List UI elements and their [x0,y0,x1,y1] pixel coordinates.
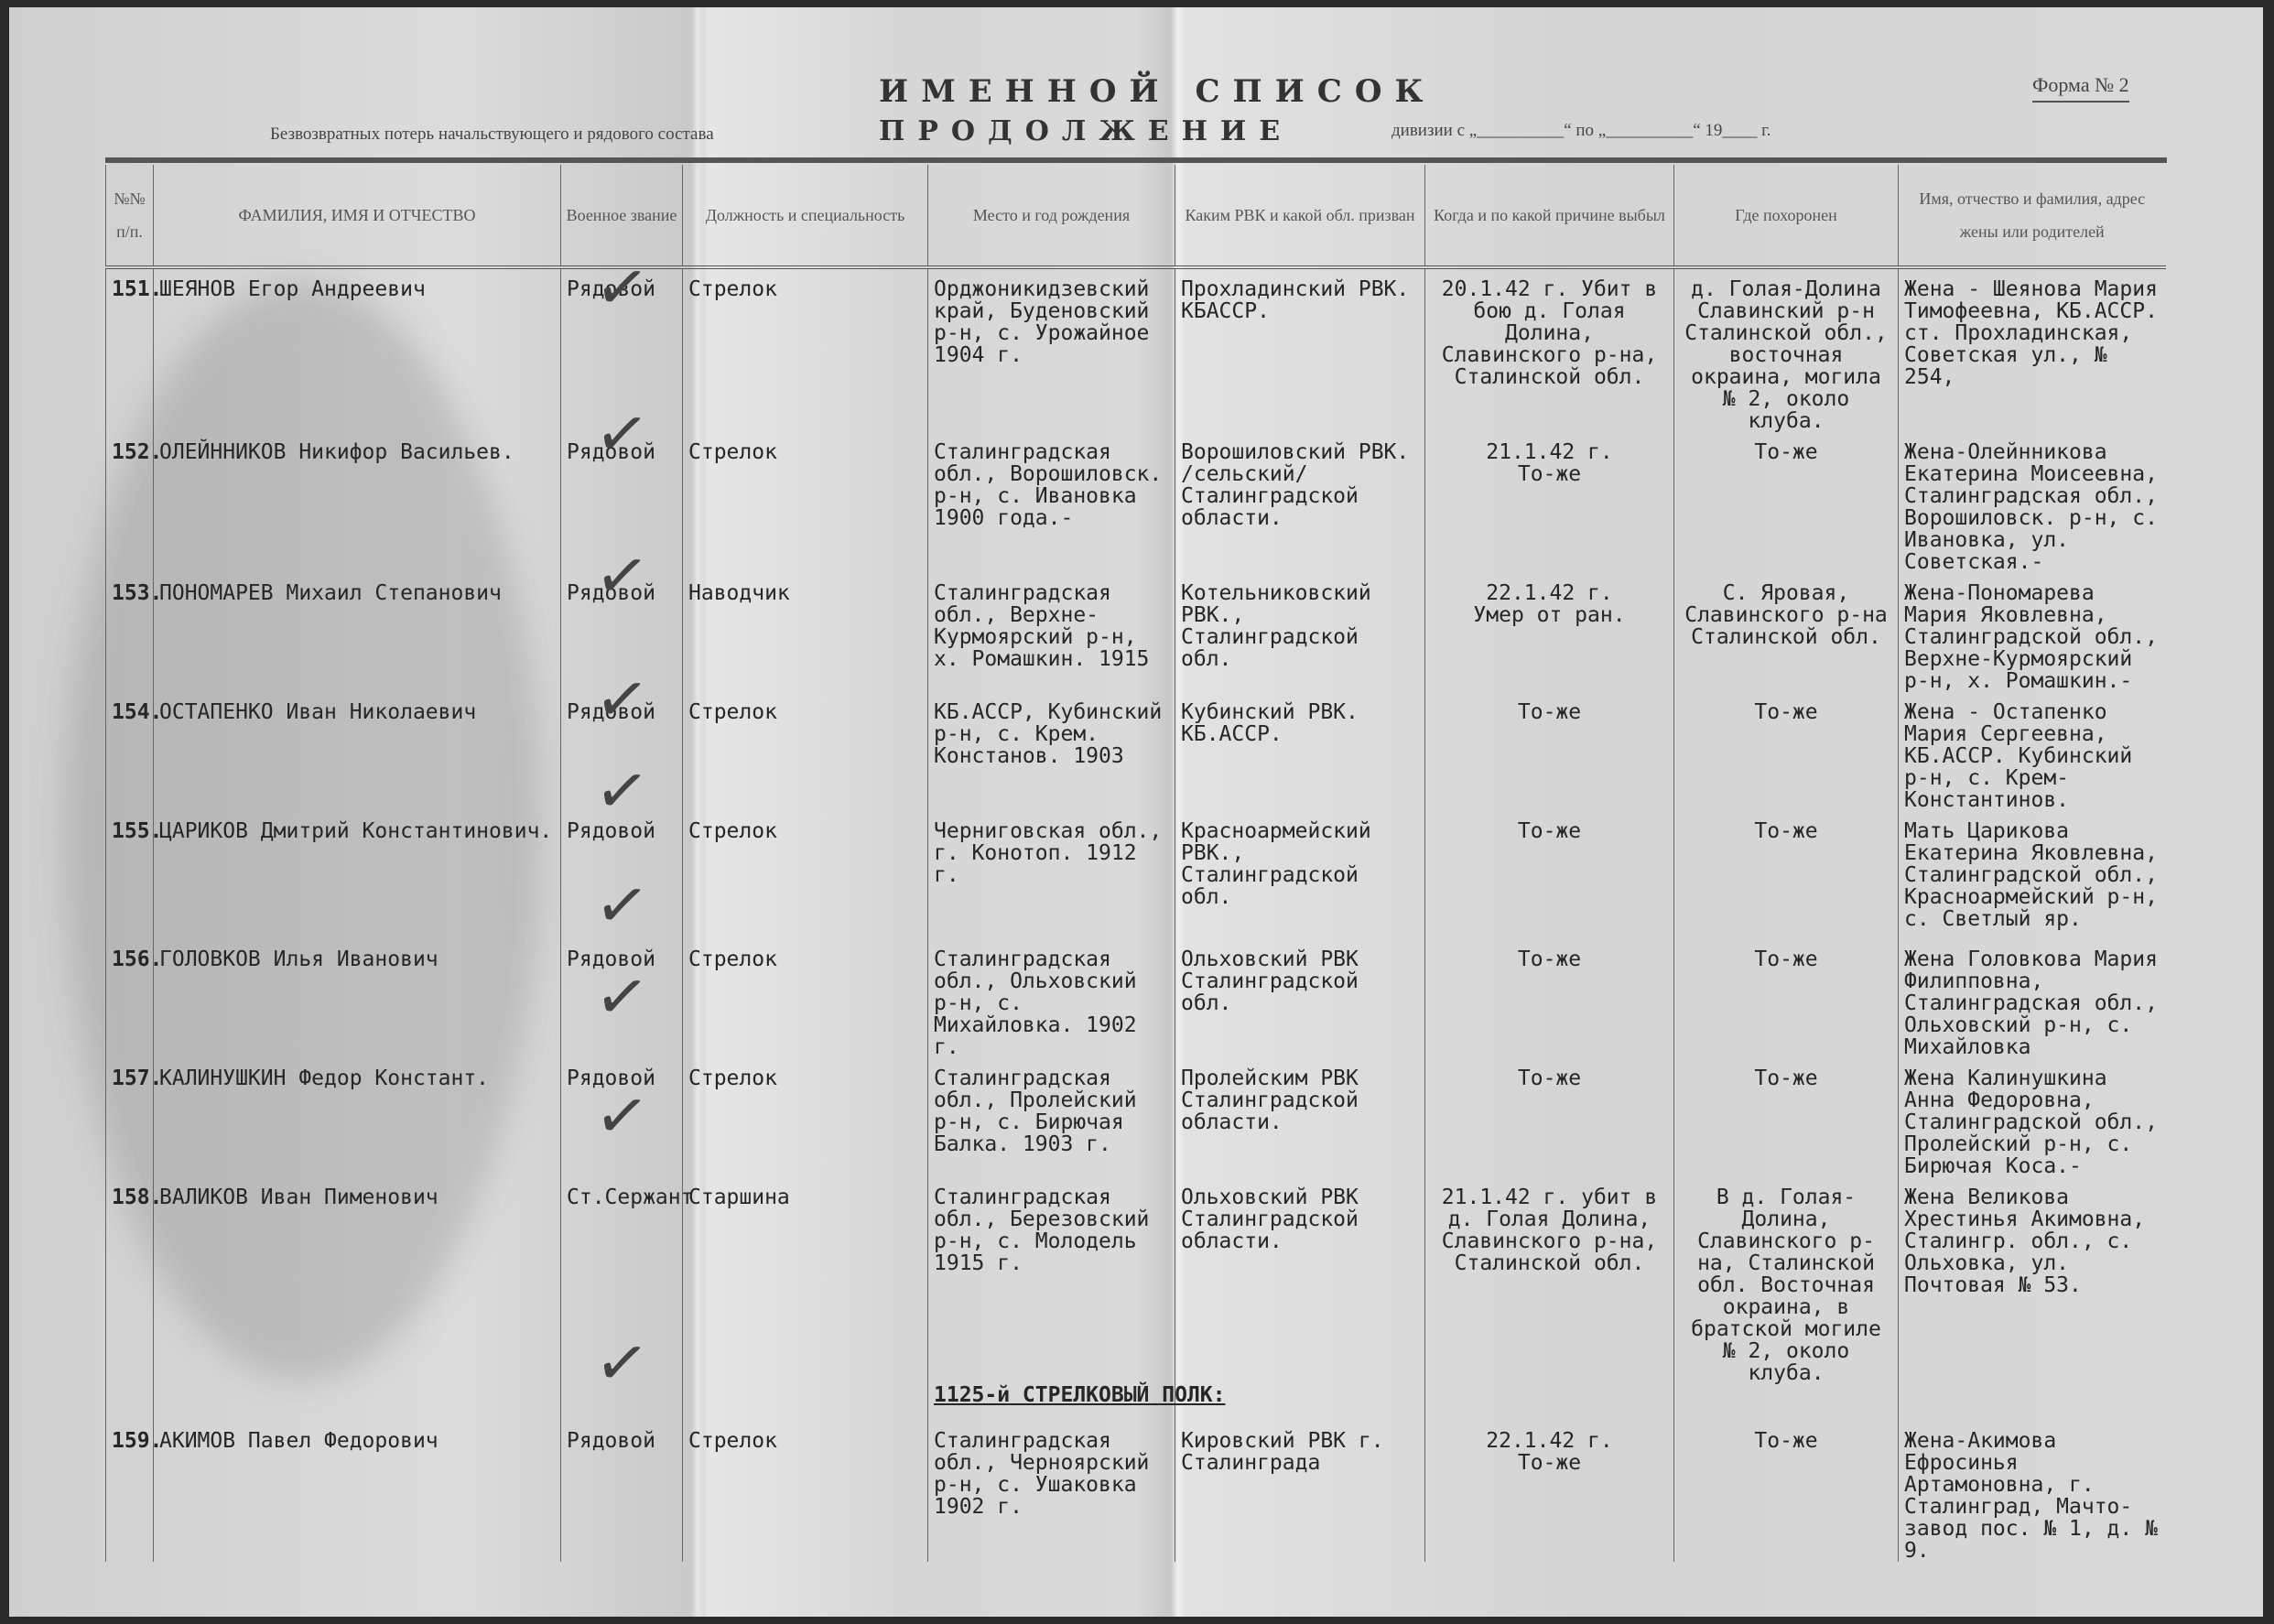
table-cell [683,1384,928,1421]
cell-name: АКИМОВ Павел Федорович [154,1421,561,1562]
table-row: 157.КАЛИНУШКИН Федор Констант.РядовойСтр… [106,1058,2166,1177]
table-row: 152.ОЛЕЙННИКОВ Никифор Васильев.РядовойС… [106,432,2166,573]
cell-relatives: Жена Великова Хрестинья Акимовна, Сталин… [1899,1177,2166,1384]
cell-when: То-же [1425,811,1674,939]
cell-when: То-же [1425,939,1674,1058]
handwritten-check-icon: ✓ [590,956,654,1037]
cell-buried: То-же [1674,1058,1899,1177]
handwritten-check-icon: ✓ [590,393,654,474]
cell-birth: Орджоникидзевский край, Буденовский р-н,… [928,267,1175,432]
cell-buried: То-же [1674,1421,1899,1562]
cell-no: 152. [106,432,154,573]
cell-when: 21.1.42 г. То-же [1425,432,1674,573]
cell-no: 156. [106,939,154,1058]
col-buried: Где похоронен [1674,165,1899,267]
table-cell [1899,1384,2166,1421]
cell-birth: Сталинградская обл., Ольховский р-н, с. … [928,939,1175,1058]
cell-rvk: Пролейским РВК Сталинградской области. [1175,1058,1425,1177]
cell-name: ВАЛИКОВ Иван Пименович [154,1177,561,1384]
cell-relatives: Жена Калинушкина Анна Федоровна, Сталинг… [1899,1058,2166,1177]
cell-buried: То-же [1674,692,1899,811]
col-rvk: Каким РВК и какой обл. призван [1175,165,1425,267]
cell-when: То-же [1425,692,1674,811]
cell-no: 159. [106,1421,154,1562]
cell-birth: Сталинградская обл., Ворошиловск. р-н, с… [928,432,1175,573]
cell-rvk: Ольховский РВК Сталинградской области. [1175,1177,1425,1384]
cell-relatives: Жена - Остапенко Мария Сергеевна, КБ.АСС… [1899,692,2166,811]
handwritten-check-icon: ✓ [590,658,654,740]
table-header-row: №№ п/п. ФАМИЛИЯ, ИМЯ И ОТЧЕСТВО Военное … [106,165,2166,267]
cell-rvk: Ольховский РВК Сталинградской обл. [1175,939,1425,1058]
cell-no: 153. [106,573,154,692]
cell-relatives: Мать Царикова Екатерина Яковлевна, Стали… [1899,811,2166,939]
cell-name: ОСТАПЕНКО Иван Николаевич [154,692,561,811]
table-row: 154.ОСТАПЕНКО Иван НиколаевичРядовойСтре… [106,692,2166,811]
regiment-heading: 1125-й СТРЕЛКОВЫЙ ПОЛК: [928,1384,1175,1421]
cell-when: 22.1.42 г. Умер от ран. [1425,573,1674,692]
cell-no: 158. [106,1177,154,1384]
cell-buried: То-же [1674,939,1899,1058]
cell-buried: д. Голая-Долина Славинский р-н Сталинско… [1674,267,1899,432]
table-row: 155.ЦАРИКОВ Дмитрий Константинович.Рядов… [106,811,2166,939]
cell-rvk: Кировский РВК г. Сталинграда [1175,1421,1425,1562]
document-subtitle: ПРОДОЛЖЕНИЕ [879,115,1293,147]
cell-name: ЦАРИКОВ Дмитрий Константинович. [154,811,561,939]
cell-when: 22.1.42 г. То-же [1425,1421,1674,1562]
cell-position: Стрелок [683,939,928,1058]
cell-position: Стрелок [683,432,928,573]
cell-position: Стрелок [683,1421,928,1562]
cell-name: ПОНОМАРЕВ Михаил Степанович [154,573,561,692]
cell-rvk: Прохладинский РВК. КБАССР. [1175,267,1425,432]
cell-relatives: Жена-Пономарева Мария Яковлевна, Сталинг… [1899,573,2166,692]
cell-relatives: Жена-Акимова Ефросинья Артамоновна, г. С… [1899,1421,2166,1562]
col-birth: Место и год рождения [928,165,1175,267]
cell-birth: Сталинградская обл., Черноярский р-н, с.… [928,1421,1175,1562]
cell-buried: С. Яровая, Славинского р-на Сталинской о… [1674,573,1899,692]
header-rule [105,157,2167,163]
cell-position: Стрелок [683,692,928,811]
cell-position: Наводчик [683,573,928,692]
cell-no: 151. [106,267,154,432]
cell-name: ГОЛОВКОВ Илья Иванович [154,939,561,1058]
cell-when: 20.1.42 г. Убит в бою д. Голая Долина, С… [1425,267,1674,432]
handwritten-check-icon: ✓ [590,750,654,831]
form-number: Форма № 2 [2032,73,2129,103]
cell-position: Стрелок [683,267,928,432]
losses-caption: Безвозвратных потерь начальствующего и р… [270,125,714,145]
cell-name: ОЛЕЙННИКОВ Никифор Васильев. [154,432,561,573]
cell-relatives: Жена-Олейнникова Екатерина Моисеевна, Ст… [1899,432,2166,573]
handwritten-check-icon: ✓ [590,246,654,328]
cell-name: КАЛИНУШКИН Федор Констант. [154,1058,561,1177]
col-position: Должность и специальность [683,165,928,267]
document-title: ИМЕННОЙ СПИСОК [879,73,1435,110]
cell-position: Старшина [683,1177,928,1384]
cell-position: Стрелок [683,811,928,939]
cell-rank: Рядовой [561,1421,683,1562]
cell-buried: В д. Голая-Долина, Славинского р-на, Ста… [1674,1177,1899,1384]
table-row: 153.ПОНОМАРЕВ Михаил СтепановичРядовойНа… [106,573,2166,692]
table-row: 156.ГОЛОВКОВ Илья ИвановичРядовойСтрелок… [106,939,2166,1058]
cell-when: То-же [1425,1058,1674,1177]
cell-rvk: Ворошиловский РВК. /сельский/ Сталинград… [1175,432,1425,573]
table-cell [1425,1384,1674,1421]
col-number: №№ п/п. [106,165,154,267]
col-relatives: Имя, отчество и фамилия, адрес жены или … [1899,165,2166,267]
handwritten-check-icon: ✓ [590,864,654,946]
cell-rvk: Красноармейский РВК., Сталинградской обл… [1175,811,1425,939]
cell-name: ШЕЯНОВ Егор Андреевич [154,267,561,432]
cell-rvk: Котельниковский РВК., Сталинградской обл… [1175,573,1425,692]
table-cell [154,1384,561,1421]
table-cell [1674,1384,1899,1421]
col-when: Когда и по какой причине выбыл [1425,165,1674,267]
cell-buried: То-же [1674,432,1899,573]
casualty-table: №№ п/п. ФАМИЛИЯ, ИМЯ И ОТЧЕСТВО Военное … [105,165,2166,1562]
col-name: ФАМИЛИЯ, ИМЯ И ОТЧЕСТВО [154,165,561,267]
section-heading-row: 1125-й СТРЕЛКОВЫЙ ПОЛК: [106,1384,2166,1421]
cell-relatives: Жена - Шеянова Мария Тимофеевна, КБ.АССР… [1899,267,2166,432]
cell-no: 157. [106,1058,154,1177]
cell-birth: Сталинградская обл., Пролейский р-н, с. … [928,1058,1175,1177]
cell-birth: Черниговская обл., г. Конотоп. 1912 г. [928,811,1175,939]
handwritten-check-icon: ✓ [590,1075,654,1156]
cell-no: 155. [106,811,154,939]
table-row: 159.АКИМОВ Павел ФедоровичРядовойСтрелок… [106,1421,2166,1562]
cell-birth: Сталинградская обл., Верхне-Курмоярский … [928,573,1175,692]
handwritten-check-icon: ✓ [590,1322,654,1403]
cell-relatives: Жена Головкова Мария Филипповна, Сталинг… [1899,939,2166,1058]
table-row: 158.ВАЛИКОВ Иван ПименовичСт.СержантСтар… [106,1177,2166,1384]
handwritten-check-icon: ✓ [590,535,654,616]
cell-no: 154. [106,692,154,811]
table-row: 151.ШЕЯНОВ Егор АндреевичРядовойСтрелокО… [106,267,2166,432]
cell-birth: КБ.АССР, Кубинский р-н, с. Крем. Констан… [928,692,1175,811]
cell-rvk: Кубинский РВК. КБ.АССР. [1175,692,1425,811]
cell-position: Стрелок [683,1058,928,1177]
cell-when: 21.1.42 г. убит в д. Голая Долина, Слави… [1425,1177,1674,1384]
cell-birth: Сталинградская обл., Березовский р-н, с.… [928,1177,1175,1384]
table-cell [106,1384,154,1421]
division-dates-line: дивизии с „__________“ по „__________“ 1… [1391,121,1771,141]
document-sheet: ИМЕННОЙ СПИСОК ПРОДОЛЖЕНИЕ Форма № 2 Без… [9,7,2263,1617]
cell-buried: То-же [1674,811,1899,939]
